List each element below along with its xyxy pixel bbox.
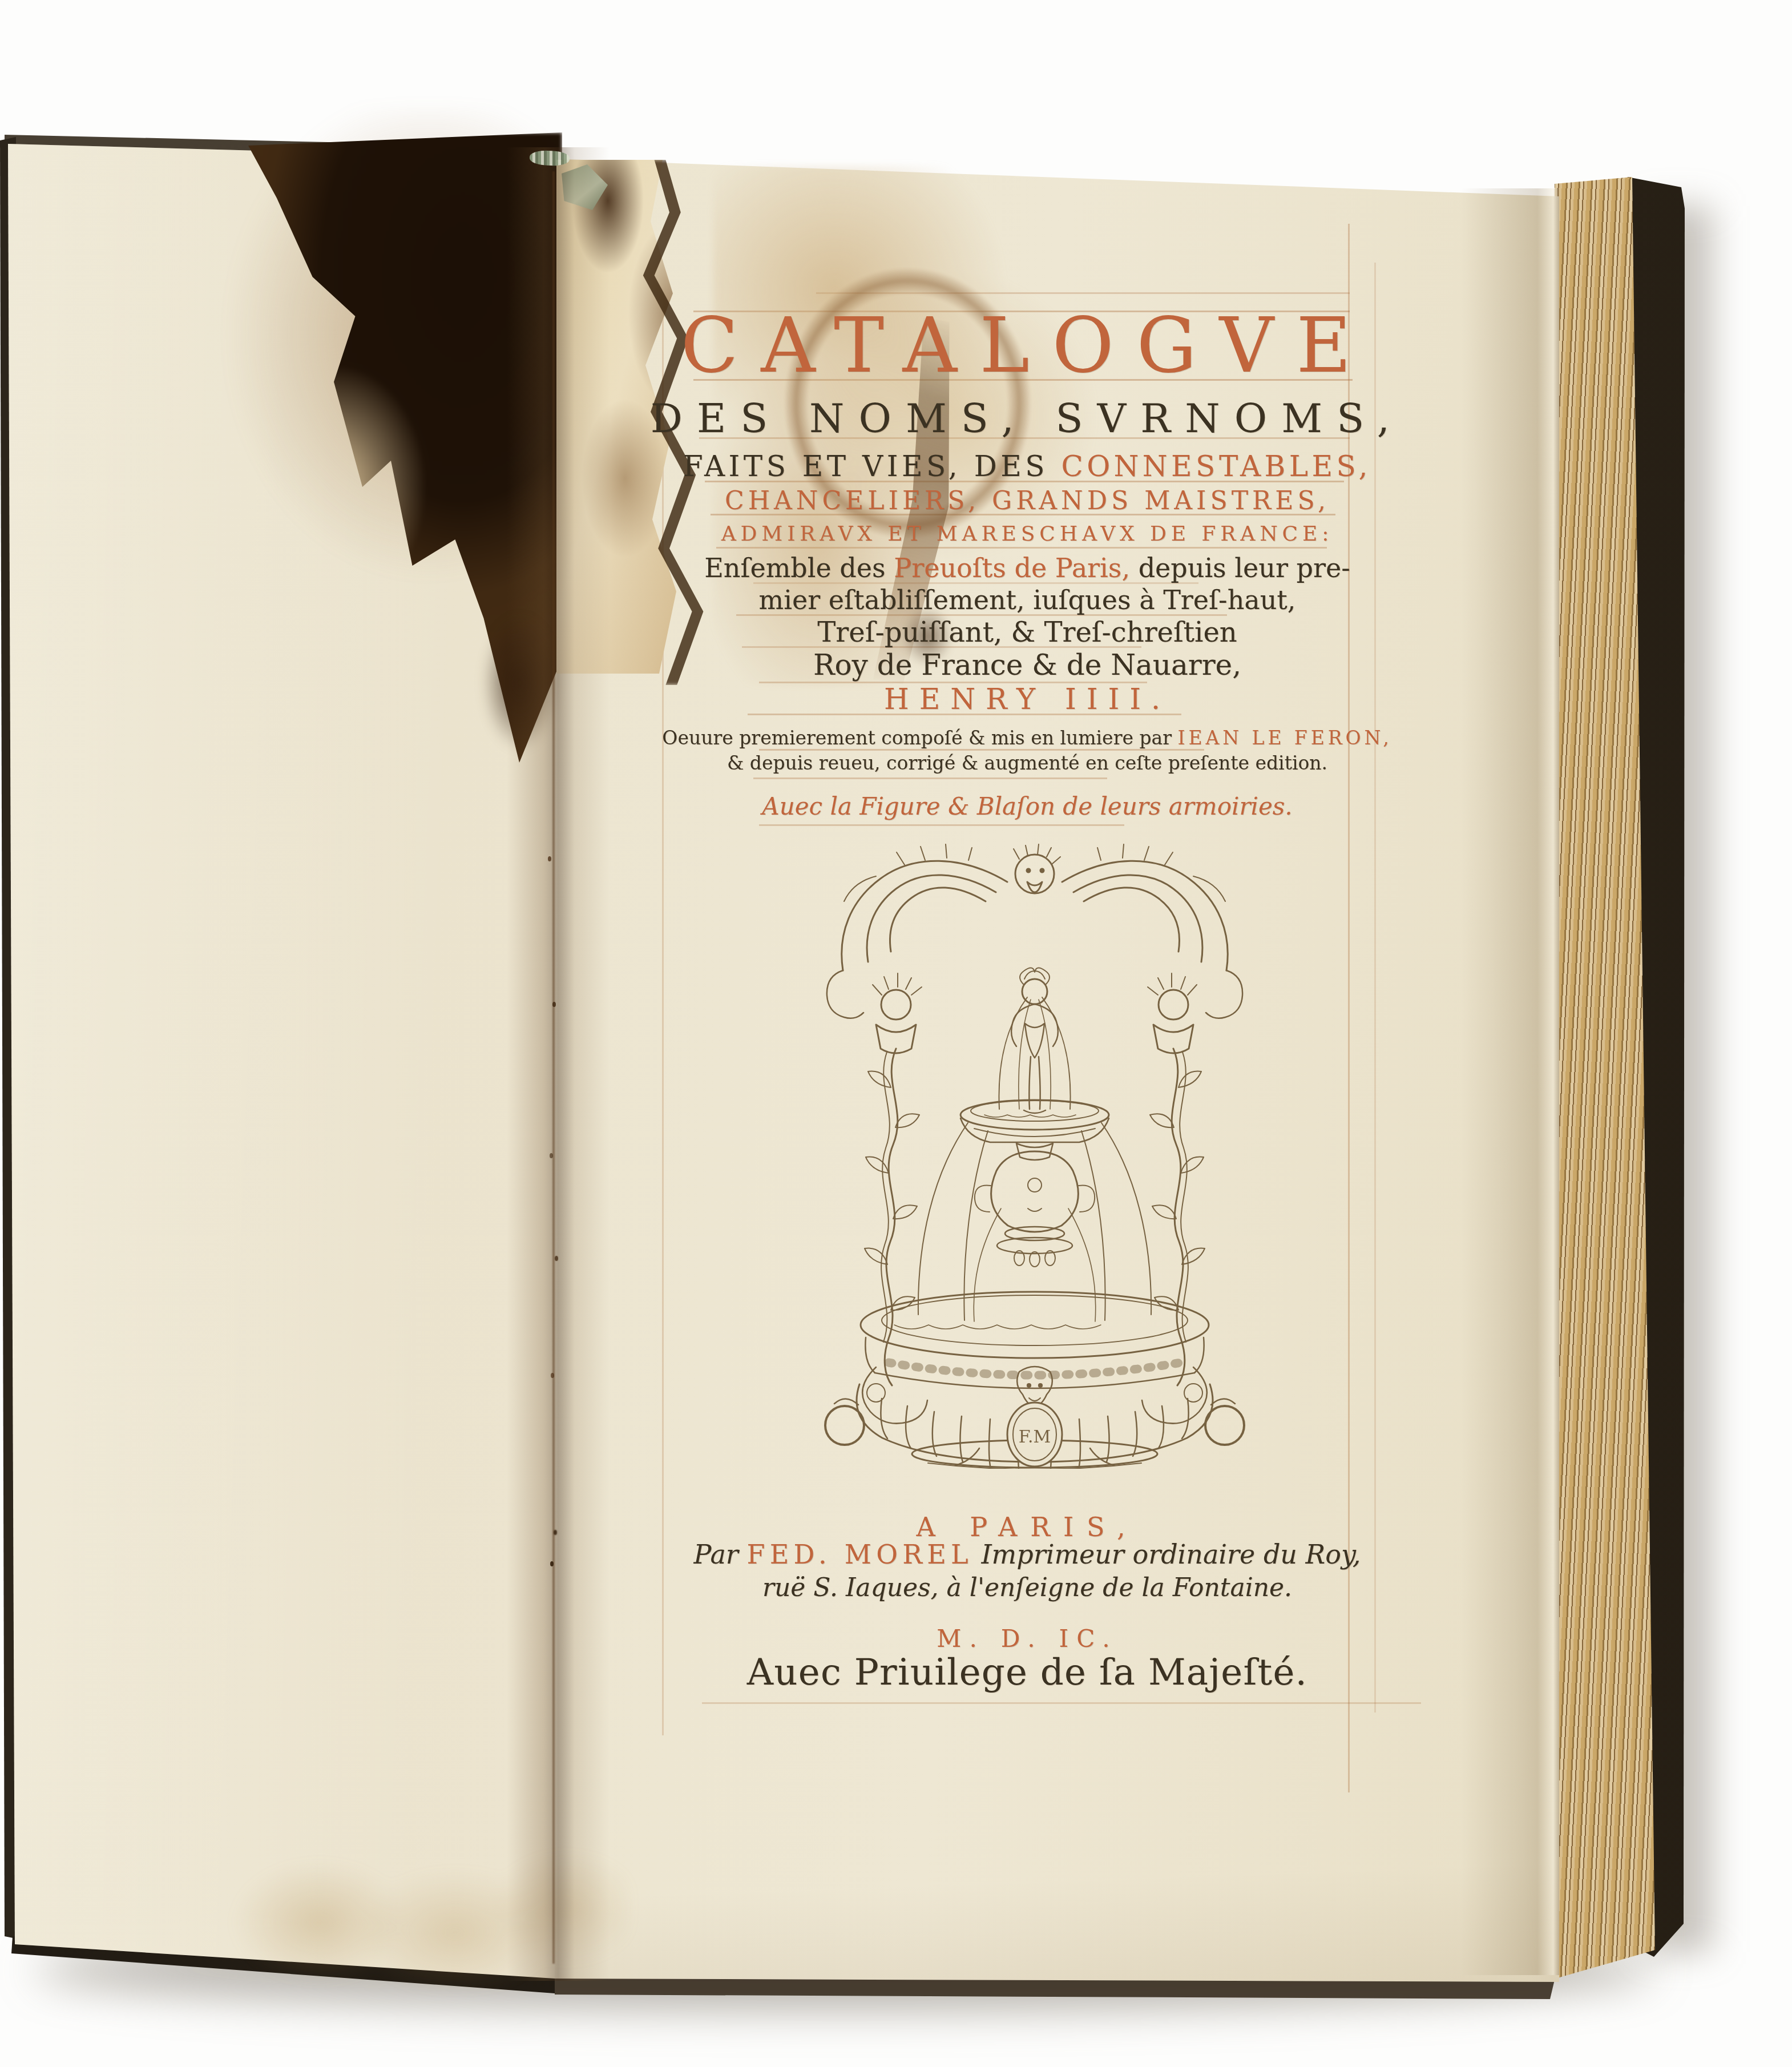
imprint-publisher: Par FED. MOREL Imprimeur ordinaire du Ro… bbox=[599, 1541, 1455, 1568]
title-line-chanceliers: CHANCELIERS, GRANDS MAISTRES, bbox=[599, 489, 1455, 514]
title-main: CATALOGVE bbox=[599, 308, 1455, 384]
gutter-specks bbox=[548, 856, 551, 861]
paragraph-line-1: Enſemble des Preuoſts de Paris, depuis l… bbox=[599, 555, 1455, 581]
paragraph-line-1c: depuis leur pre- bbox=[1130, 553, 1350, 583]
title-page-fore-edge-curl bbox=[1461, 188, 1559, 1975]
paragraph-line-1b-red: Preuoſts de Paris, bbox=[894, 553, 1130, 583]
work-note-line-2: & depuis reueu, corrigé & augmenté en ce… bbox=[599, 754, 1455, 772]
photo-scene: F.M CATALOGVE DES NOMS, SVRNOMS, FAITS E… bbox=[0, 0, 1792, 2067]
title-line-faits-red: CONNESTABLES, bbox=[1061, 450, 1371, 483]
title-line-admiraux: ADMIRAVX ET MARESCHAVX DE FRANCE: bbox=[599, 524, 1455, 545]
work-note-1a: Oeuure premierement compoſé & mis en lum… bbox=[662, 727, 1177, 749]
paragraph-line-2: mier eſtabliſſement, iuſques à Treſ-haut… bbox=[599, 587, 1455, 613]
paragraph-line-1a: Enſemble des bbox=[704, 553, 894, 583]
title-line-faits-black: FAITS ET VIES, DES bbox=[683, 450, 1061, 483]
imprint-par: Par bbox=[694, 1539, 747, 1570]
printer-monogram: F.M bbox=[1019, 1427, 1051, 1447]
title-line-faits: FAITS ET VIES, DES CONNESTABLES, bbox=[599, 452, 1455, 481]
privilege-note: Auec Priuilege de ſa Majeſté. bbox=[599, 1654, 1455, 1691]
paragraph-line-4: Roy de France & de Nauarre, bbox=[599, 651, 1455, 679]
gutter-shadow bbox=[507, 147, 610, 1981]
publisher-name-red: FED. MOREL bbox=[746, 1539, 972, 1570]
ruled-line bbox=[759, 749, 1204, 751]
king-name: HENRY IIII. bbox=[599, 685, 1455, 714]
ruled-line bbox=[759, 824, 1124, 826]
imprint-place: A PARIS, bbox=[599, 1514, 1455, 1540]
author-name-red: IEAN LE FERON, bbox=[1178, 727, 1393, 749]
gutter-crease bbox=[552, 171, 555, 1964]
fountain-device-woodcut: F.M bbox=[790, 842, 1279, 1469]
imprint-role: Imprimeur ordinaire du Roy, bbox=[973, 1539, 1361, 1570]
figure-note: Auec la Figure & Blaſon de leurs armoiri… bbox=[599, 795, 1455, 819]
ruled-line bbox=[702, 1702, 1421, 1704]
imprint-address: ruë S. Iaques, à l'enſeigne de la Fontai… bbox=[599, 1576, 1455, 1601]
imprint-date: M. D. IC. bbox=[599, 1627, 1455, 1651]
paragraph-line-3: Treſ-puiſſant, & Treſ-chreſtien bbox=[599, 619, 1455, 646]
title-subtitle: DES NOMS, SVRNOMS, bbox=[599, 398, 1455, 438]
work-note-line-1: Oeuure premierement compoſé & mis en lum… bbox=[599, 728, 1455, 747]
ruled-line bbox=[753, 777, 1107, 779]
